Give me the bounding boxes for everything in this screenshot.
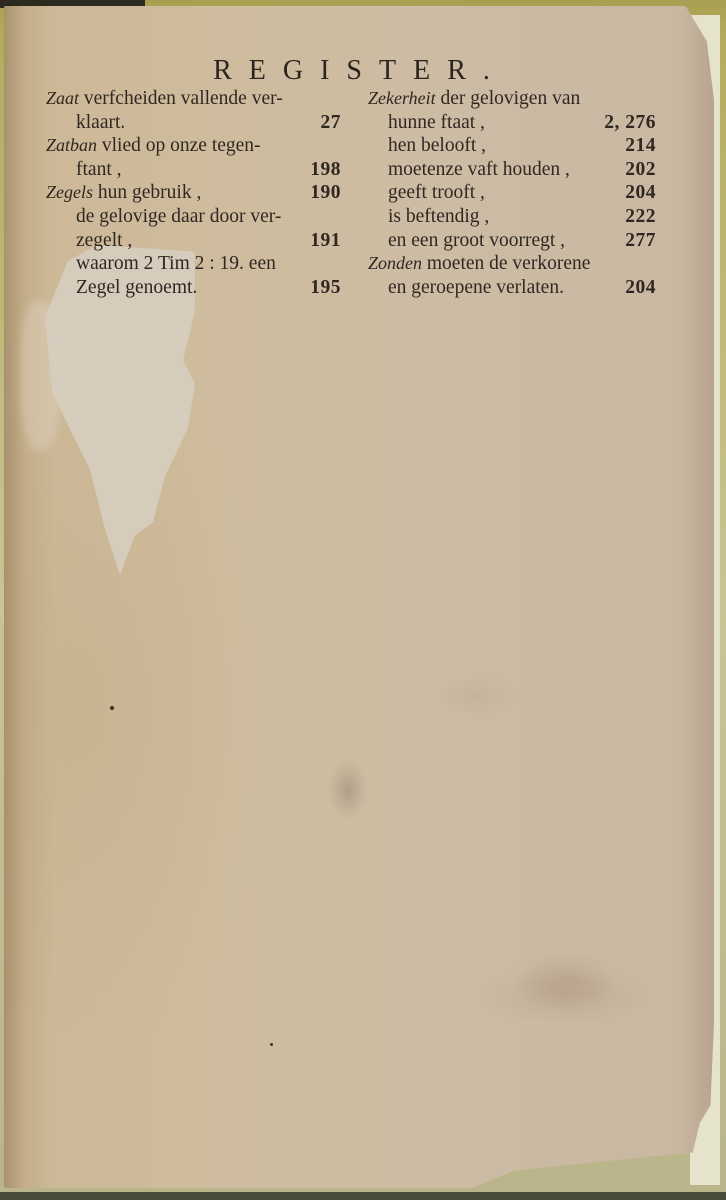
entry-text: zegelt , <box>76 229 132 253</box>
index-entry: zegelt ,191 <box>46 229 341 253</box>
index-entry: en geroepene verlaten.204 <box>368 276 656 300</box>
index-entry: hunne ftaat ,2, 276 <box>368 111 656 135</box>
ink-speck <box>270 1043 273 1046</box>
entry-text: moetenze vaft houden , <box>388 158 570 182</box>
entry-text: en geroepene verlaten. <box>388 276 564 300</box>
index-entry: Zegels hun gebruik ,190 <box>46 181 341 205</box>
entry-page: 204 <box>625 276 656 300</box>
entry-page: 222 <box>625 205 656 229</box>
entry-text: en een groot voorregt , <box>388 229 565 253</box>
entry-text: hun gebruik , <box>93 182 201 203</box>
entry-text: ftant , <box>76 158 121 182</box>
entry-page: 191 <box>310 229 341 253</box>
entry-page: 214 <box>625 134 656 158</box>
scan-edge-bottom <box>0 1192 726 1200</box>
index-entry: Zaat verfcheiden vallende ver- <box>46 87 341 111</box>
index-entry: geeft trooft ,204 <box>368 181 656 205</box>
entry-keyword: Zekerheit <box>368 88 436 108</box>
entry-text: klaart. <box>76 111 125 135</box>
ink-speck <box>110 706 114 710</box>
entry-keyword: Zatban <box>46 135 97 155</box>
entry-page: 195 <box>310 276 341 300</box>
entry-keyword: Zonden <box>368 253 422 273</box>
entry-page: 190 <box>310 181 341 205</box>
entry-text: vlied op onze tegen- <box>97 135 261 156</box>
index-entry: is beftendig ,222 <box>368 205 656 229</box>
index-entry: Zatban vlied op onze tegen- <box>46 134 341 158</box>
entry-page: 204 <box>625 181 656 205</box>
entry-text: geeft trooft , <box>388 181 485 205</box>
index-entry: Zonden moeten de verkorene <box>368 252 656 276</box>
index-entry: ftant ,198 <box>46 158 341 182</box>
index-column-left: Zaat verfcheiden vallende ver- klaart.27… <box>46 87 341 299</box>
entry-text: hunne ftaat , <box>388 111 485 135</box>
entry-text: der gelovigen van <box>436 88 581 109</box>
entry-text: waarom 2 Tim 2 : 19. een <box>76 252 276 276</box>
entry-page: 202 <box>625 158 656 182</box>
ink-smudge <box>328 760 368 820</box>
entry-text: moeten de verkorene <box>422 253 590 274</box>
foxing-mark <box>510 950 620 1010</box>
index-column-right: Zekerheit der gelovigen van hunne ftaat … <box>368 87 656 299</box>
index-entry: de gelovige daar door ver- <box>46 205 341 229</box>
index-entry: Zekerheit der gelovigen van <box>368 87 656 111</box>
entry-text: verfcheiden vallende ver- <box>79 88 283 109</box>
index-entry: waarom 2 Tim 2 : 19. een <box>46 252 341 276</box>
entry-page: 27 <box>321 111 342 135</box>
entry-text: is beftendig , <box>388 205 489 229</box>
entry-text: Zegel genoemt. <box>76 276 197 300</box>
page-title: REGISTER. <box>0 55 710 87</box>
entry-text: hen belooft , <box>388 134 486 158</box>
index-entry: hen belooft ,214 <box>368 134 656 158</box>
entry-keyword: Zaat <box>46 88 79 108</box>
index-entry: Zegel genoemt.195 <box>46 276 341 300</box>
index-entry: en een groot voorregt ,277 <box>368 229 656 253</box>
entry-page: 198 <box>310 158 341 182</box>
entry-page: 277 <box>625 229 656 253</box>
entry-keyword: Zegels <box>46 182 93 202</box>
entry-page: 2, 276 <box>604 111 656 135</box>
entry-text: de gelovige daar door ver- <box>76 205 281 229</box>
index-entry: moetenze vaft houden ,202 <box>368 158 656 182</box>
index-entry: klaart.27 <box>46 111 341 135</box>
